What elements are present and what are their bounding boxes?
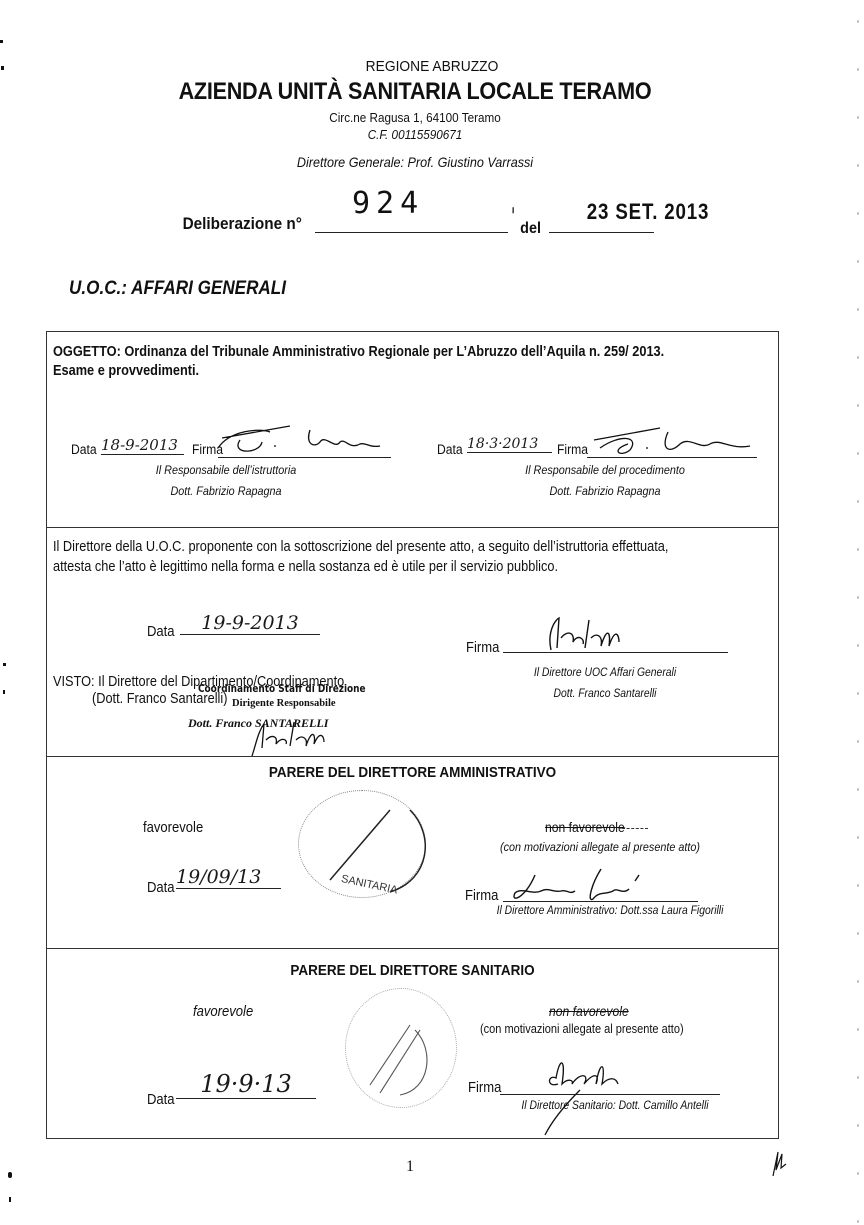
health-favorable: favorevole [193,1004,253,1020]
scan-mark [0,40,3,43]
section-divider [46,756,779,757]
signature-antelli [540,1050,660,1145]
prep-right-date-label: Data [437,442,463,457]
subject-line-1: OGGETTO: Ordinanza del Tribunale Amminis… [53,343,704,362]
organization-address: Circ.ne Ragusa 1, 64100 Teramo [42,110,789,125]
health-date-label: Data [147,1092,175,1108]
admin-signature-label: Firma [465,888,498,904]
uoc-statement-line-2: attesta che l’atto è legittimo nella for… [53,557,757,577]
uoc-signature-label: Firma [466,640,499,656]
subject: OGGETTO: Ordinanza del Tribunale Amminis… [53,343,704,381]
uoc-director-name: Dott. Franco Santarelli [502,688,709,700]
prep-left-role: Il Responsabile dell’istruttoria [109,463,343,477]
section-divider [46,948,779,949]
deliberation-date-label: del [520,220,541,238]
health-date: 19·9·13 [176,1070,316,1099]
svg-text:SANITARIA: SANITARIA [340,873,399,897]
admin-note: (con motivazioni allegate al presente at… [474,840,726,854]
uoc-statement-line-1: Il Direttore della U.O.C. proponente con… [53,537,757,557]
deliberation-date-stamp: 23 SET. 2013 [587,199,709,225]
subject-line-2: Esame e provvedimenti. [53,362,704,381]
scan-mark [3,663,6,666]
health-note: (con motivazioni allegate al presente at… [480,1022,684,1036]
scan-mark [9,1197,11,1202]
director-general: Direttore Generale: Prof. Giustino Varra… [42,154,789,170]
admin-unfavorable-strike-extra [622,828,648,829]
page-number: 1 [0,1158,820,1176]
stamp-overlay-faded [340,985,470,1120]
staff-stamp-line-1: Coordinamento Staff di Direzione [198,683,366,695]
deliberation-number-label: Deliberazione n° [183,214,302,234]
region-name: REGIONE ABRUZZO [35,58,830,75]
stamp-overlay: SANITARIA [290,780,440,915]
scan-dots [857,0,859,1225]
scan-mark [3,690,5,694]
admin-favorable: favorevole [143,820,203,836]
scan-mark [1,66,4,70]
deliberation-date-line [549,232,654,233]
prep-right-role: Il Responsabile del procedimento [484,463,727,477]
health-signature-label: Firma [468,1080,501,1096]
admin-date-label: Data [147,880,175,896]
health-unfavorable: non favorevole [549,1004,629,1019]
uoc-date: 19-9-2013 [180,612,320,635]
prep-right-date: 18·3·2013 [467,436,552,453]
uoc-director-role: Il Direttore UOC Affari Generali [502,667,709,679]
deliberation-number: 924 [352,186,424,221]
prep-left-date-label: Data [71,442,97,457]
organization-name: AZIENDA UNITÀ SANITARIA LOCALE TERAMO [42,78,789,106]
initials-mark [770,1148,795,1183]
admin-signer: Il Direttore Amministrativo: Dott.ssa La… [457,905,763,917]
signature-santarelli-visto [248,714,338,764]
tax-code: C.F. 00115590671 [42,127,789,142]
staff-stamp-line-2: Dirigente Responsabile [232,698,336,709]
prep-left-date: 18-9-2013 [101,436,184,455]
deliberation-number-line [315,232,508,233]
uoc-director-statement: Il Direttore della U.O.C. proponente con… [53,537,757,577]
uoc-date-label: Data [147,624,175,640]
prep-right-name: Dott. Fabrizio Rapagna [484,484,727,498]
admin-unfavorable: non favorevole [545,820,625,835]
tick-mark: ⁱ [512,205,514,221]
health-opinion-title: PARERE DEL DIRETTORE SANITARIO [83,962,743,979]
prep-left-name: Dott. Fabrizio Rapagna [109,484,343,498]
admin-date: 19/09/13 [176,866,281,889]
section-divider [46,527,779,528]
signature-rapagna-1 [210,420,390,465]
signature-santarelli [545,612,645,662]
prep-right-signature-label: Firma [557,442,588,457]
health-signer: Il Direttore Sanitario: Dott. Camillo An… [494,1100,737,1112]
admin-opinion-title: PARERE DEL DIRETTORE AMMINISTRATIVO [83,764,743,781]
department-title: U.O.C.: AFFARI GENERALI [69,278,286,300]
signature-rapagna-2 [590,420,760,465]
